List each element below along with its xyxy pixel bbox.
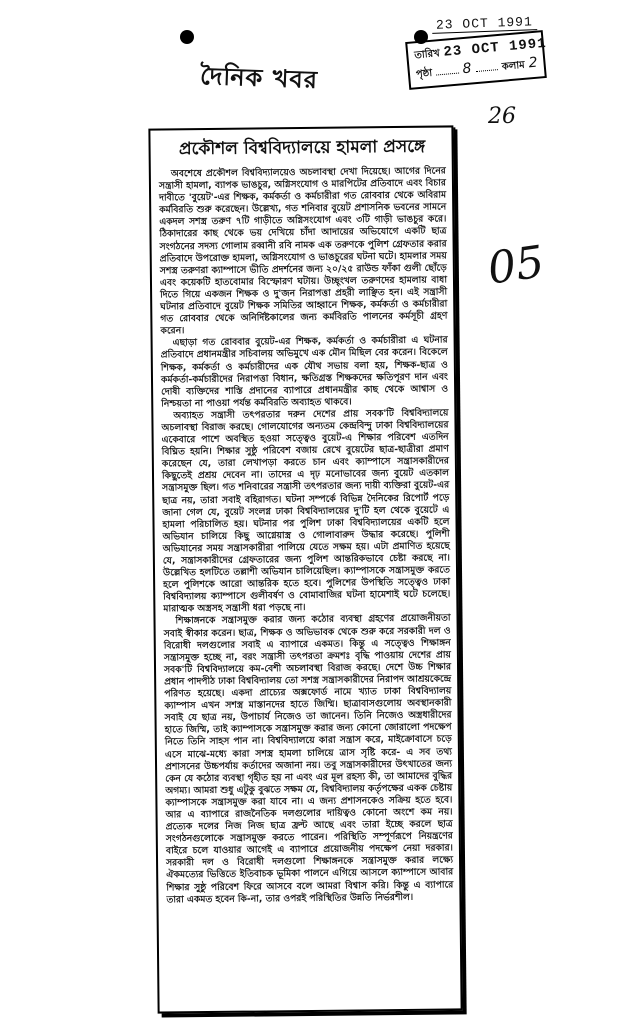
handwritten-item-number: 05 — [485, 236, 548, 294]
stamp-column-value: 2 — [528, 55, 538, 72]
article-paragraph: অব্যাহত সন্ত্রাসী তৎপরতার দরুন দেশের প্র… — [161, 407, 450, 616]
article-paragraph: এছাড়া গত রোববার বুয়েট-এর শিক্ষক, কর্মক… — [161, 335, 449, 411]
article-headline: প্রকৌশল বিশ্ববিদ্যালয়ে হামলা প্রসঙ্গে — [160, 134, 443, 165]
handwritten-page-mark: 26 — [488, 104, 516, 129]
newspaper-clipping: প্রকৌশল বিশ্ববিদ্যালয়ে হামলা প্রসঙ্গে অ… — [148, 125, 462, 1013]
newspaper-masthead: দৈনিক খবর — [199, 58, 318, 102]
article-paragraph: শিক্ষাঙ্গনকে সন্ত্রাসমুক্ত করার জন্য কঠো… — [163, 613, 453, 906]
stamp-dots — [436, 65, 459, 76]
stamp-column-label: কলাম — [501, 58, 525, 77]
stamp-dots — [475, 61, 498, 72]
article-paragraph: অবশেষে প্রকৌশল বিশ্ববিদ্যালয়েও অচলাবস্থ… — [159, 166, 448, 338]
article-body: অবশেষে প্রকৌশল বিশ্ববিদ্যালয়েও অচলাবস্থ… — [159, 166, 454, 907]
punch-hole-left — [180, 30, 194, 44]
stamp-date-label: তারিখ — [414, 46, 441, 65]
stamp-page-label: পৃষ্ঠা — [415, 66, 433, 84]
clipping-edge — [453, 127, 470, 1008]
stamp-page-value: 8 — [462, 60, 472, 77]
